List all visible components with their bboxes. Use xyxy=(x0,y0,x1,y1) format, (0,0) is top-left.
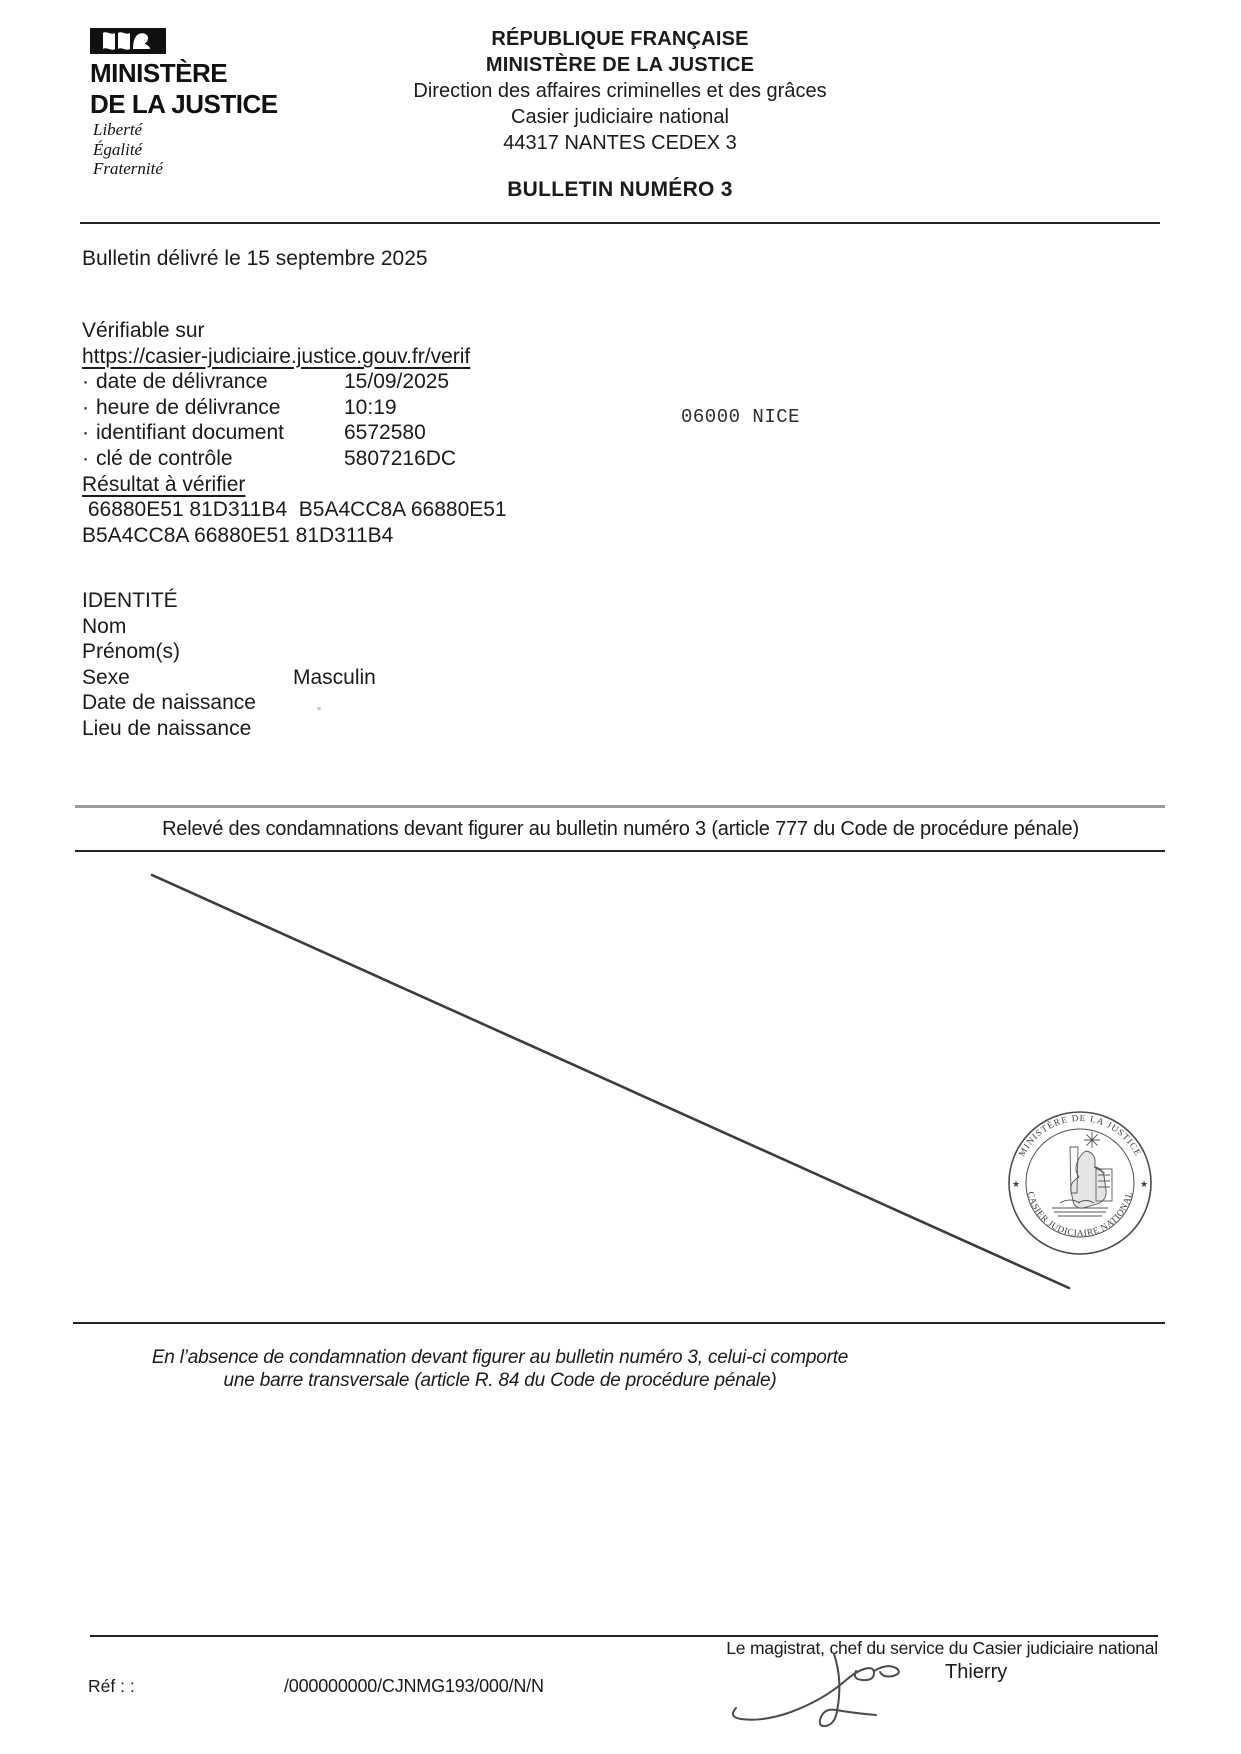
verification-row: ·date de délivrance15/09/2025 xyxy=(82,369,507,395)
verification-row-value: 6572580 xyxy=(344,421,426,444)
seal-star-left-icon: ★ xyxy=(1012,1179,1020,1189)
note-divider xyxy=(73,1322,1165,1324)
verification-row-value: 10:19 xyxy=(344,396,397,419)
seal-top-text: MINISTÈRE DE LA JUSTICE xyxy=(1016,1113,1143,1158)
identity-row-value: Masculin xyxy=(293,666,376,689)
marianne-emblem-icon xyxy=(90,28,166,54)
verification-hash-line-1: 66880E51 81D311B4 B5A4CC8A 66880E51 xyxy=(82,497,507,523)
verification-row-value: 15/09/2025 xyxy=(344,370,449,393)
letterhead-ministere: MINISTÈRE DE LA JUSTICE xyxy=(220,52,1020,78)
bullet-icon: · xyxy=(82,446,96,472)
identity-row-label: Sexe xyxy=(82,665,293,691)
letterhead: RÉPUBLIQUE FRANÇAISE MINISTÈRE DE LA JUS… xyxy=(220,26,1020,156)
releve-divider-top xyxy=(75,805,1165,808)
identity-row: Prénom(s) xyxy=(82,639,376,665)
bullet-icon: · xyxy=(82,420,96,446)
absence-note-line-1: En l’absence de condamnation devant figu… xyxy=(60,1346,940,1369)
faint-redaction-mark xyxy=(317,707,321,710)
signer-name: Thierry xyxy=(945,1661,1007,1684)
releve-divider-bottom xyxy=(75,850,1165,852)
bulletin-document-page: MINISTÈRE DE LA JUSTICE Liberté Égalité … xyxy=(0,0,1241,1754)
verification-intro: Vérifiable sur xyxy=(82,318,507,344)
verification-row-label: identifiant document xyxy=(96,420,344,446)
identity-row: Date de naissance xyxy=(82,690,376,716)
verification-row: ·identifiant document6572580 xyxy=(82,420,507,446)
header-divider xyxy=(80,222,1160,224)
verification-row: ·clé de contrôle5807216DC xyxy=(82,446,507,472)
transversal-bar-line xyxy=(140,862,1085,1302)
identity-row: Nom xyxy=(82,614,376,640)
identity-row-label: Nom xyxy=(82,614,293,640)
bulletin-title: BULLETIN NUMÉRO 3 xyxy=(220,178,1020,202)
verification-row: ·heure de délivrance10:19 xyxy=(82,395,507,421)
svg-text:MINISTÈRE DE LA JUSTICE: MINISTÈRE DE LA JUSTICE xyxy=(1016,1113,1143,1158)
footer-divider xyxy=(90,1635,1158,1637)
releve-title: Relevé des condamnations devant figurer … xyxy=(0,818,1241,841)
verification-hash-line-2: B5A4CC8A 66880E51 81D311B4 xyxy=(82,523,507,549)
verification-row-label: clé de contrôle xyxy=(96,446,344,472)
verification-row-value: 5807216DC xyxy=(344,447,456,470)
delivery-date-line: Bulletin délivré le 15 septembre 2025 xyxy=(82,246,428,272)
identity-block: IDENTITÉ Nom Prénom(s) SexeMasculin Date… xyxy=(82,588,376,742)
republic-motto: Liberté Égalité Fraternité xyxy=(93,120,163,179)
verification-url-link[interactable]: https://casier-judiciaire.justice.gouv.f… xyxy=(82,345,470,368)
letterhead-casier: Casier judiciaire national xyxy=(220,104,1020,130)
letterhead-direction: Direction des affaires criminelles et de… xyxy=(220,78,1020,104)
verification-row-label: date de délivrance xyxy=(96,369,344,395)
bullet-icon: · xyxy=(82,369,96,395)
identity-row-label: Prénom(s) xyxy=(82,639,293,665)
result-to-verify-label: Résultat à vérifier xyxy=(82,473,245,496)
reference-value: /000000000/CJNMG193/000/N/N xyxy=(284,1676,544,1697)
signature xyxy=(722,1648,932,1738)
identity-row: Lieu de naissance xyxy=(82,716,376,742)
identity-title: IDENTITÉ xyxy=(82,588,376,614)
seal-figure-illustration xyxy=(1052,1132,1112,1216)
letterhead-address: 44317 NANTES CEDEX 3 xyxy=(220,130,1020,156)
bullet-icon: · xyxy=(82,395,96,421)
judicial-seal: MINISTÈRE DE LA JUSTICE CASIER JUDICIAIR… xyxy=(1004,1107,1156,1259)
letterhead-republique: RÉPUBLIQUE FRANÇAISE xyxy=(220,26,1020,52)
motto-egalite: Égalité xyxy=(93,140,163,160)
reference-label: Réf : : xyxy=(88,1676,135,1697)
identity-row-label: Lieu de naissance xyxy=(82,716,293,742)
absence-note-line-2: une barre transversale (article R. 84 du… xyxy=(60,1369,940,1392)
motto-liberte: Liberté xyxy=(93,120,163,140)
motto-fraternite: Fraternité xyxy=(93,159,163,179)
verification-block: Vérifiable sur https://casier-judiciaire… xyxy=(82,318,507,548)
absence-note: En l’absence de condamnation devant figu… xyxy=(60,1346,940,1392)
verification-row-label: heure de délivrance xyxy=(96,395,344,421)
identity-row-label: Date de naissance xyxy=(82,690,293,716)
identity-row: SexeMasculin xyxy=(82,665,376,691)
seal-star-right-icon: ★ xyxy=(1140,1179,1148,1189)
location-stamp: 06000 NICE xyxy=(681,406,800,428)
